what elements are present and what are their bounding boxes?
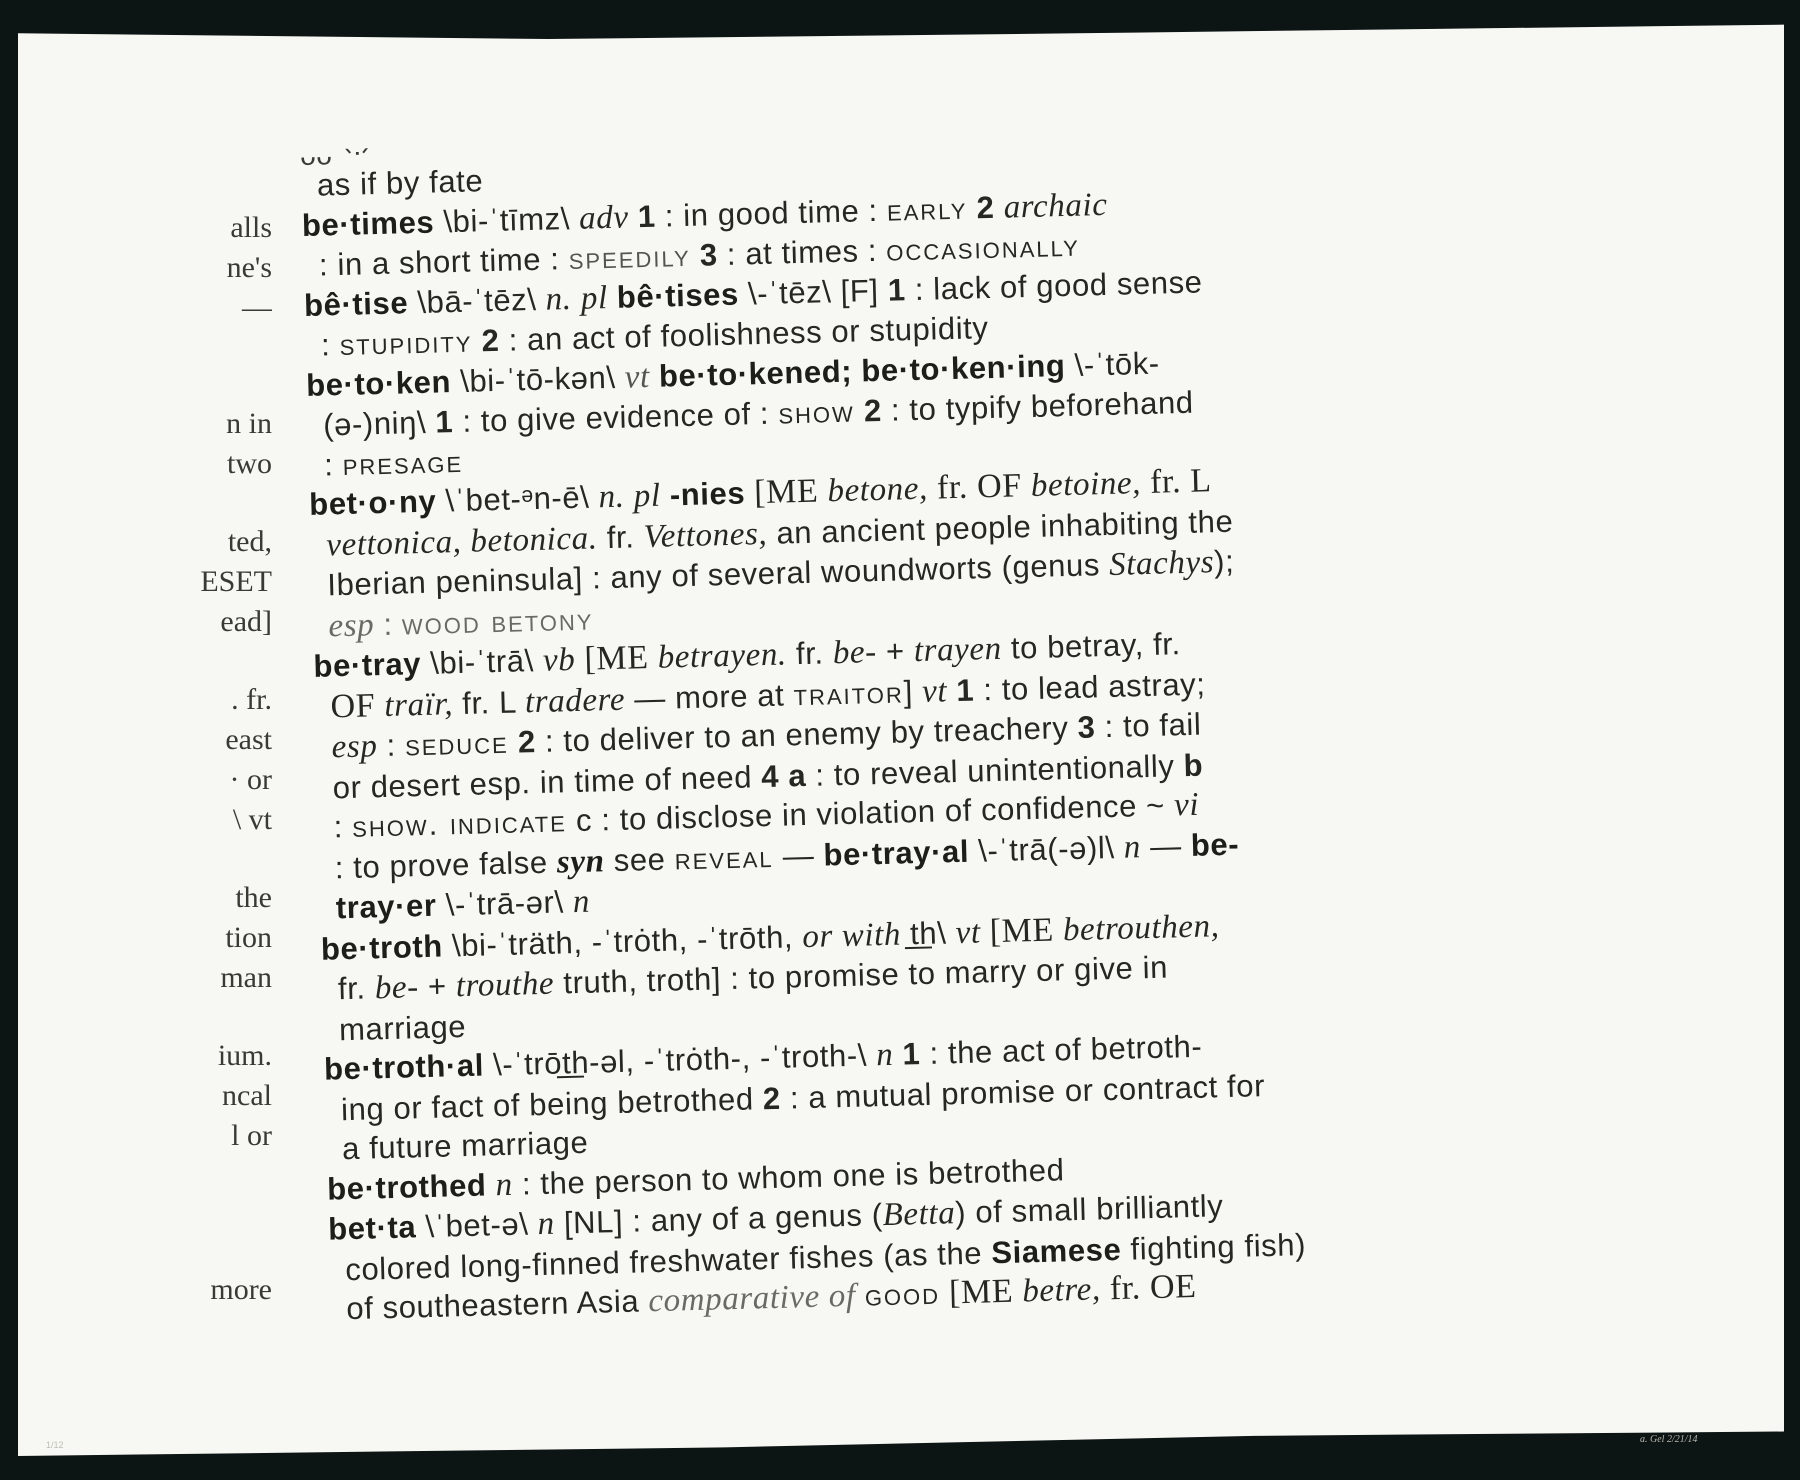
- margin-fragment: \ vt: [160, 800, 272, 840]
- entry-text: [ME: [980, 911, 1063, 950]
- entry-text: STUPIDITY: [339, 324, 473, 362]
- entry-text: TRAITOR: [793, 674, 904, 712]
- entry-text: be-: [832, 634, 877, 671]
- entry-text: 2: [976, 189, 995, 224]
- entry-text: n.: [545, 280, 572, 317]
- headword: be·troth·al: [324, 1048, 485, 1087]
- margin-fragment: more: [160, 1270, 272, 1310]
- entry-text: Stachys: [1109, 544, 1215, 583]
- entry-text: betoine,: [1030, 465, 1141, 504]
- entry-text: 2: [517, 724, 536, 759]
- entry-text: \bi-ˈtīmz\: [434, 200, 580, 239]
- entry-text: or with: [802, 916, 902, 955]
- entry-text: \-ˈtōk-: [1065, 345, 1160, 382]
- entry-text: t͟h\: [900, 915, 956, 951]
- entry-text: betrouthen,: [1062, 908, 1219, 948]
- entry-text: : to give evidence of :: [453, 396, 779, 440]
- entry-text: ) of small brilliantly: [955, 1188, 1224, 1230]
- entry-text: adv: [579, 199, 629, 236]
- entry-text: 1: [637, 198, 656, 233]
- entry-text: Betta: [882, 1195, 956, 1233]
- entry-text: fr.: [597, 519, 644, 555]
- entry-text: as if by fate: [316, 163, 483, 202]
- entry-text: 1: [887, 272, 906, 307]
- entry-text: EARLY: [886, 190, 967, 227]
- dictionary-print: ᴗᴗ ᐠᐧᐟas if by fatebe·times \bi-ˈtīmz\ a…: [300, 115, 1660, 1330]
- margin-fragment: [160, 642, 272, 680]
- entry-text: (ə-)niŋ\: [323, 405, 436, 443]
- entry-text: : to prove false: [334, 844, 557, 885]
- entry-text: vt: [922, 673, 948, 710]
- entry-text: \ˈbet-ᵊn-ē\: [436, 479, 599, 518]
- entry-text: [NL] : any of a genus (: [554, 1197, 883, 1241]
- entry-text: \bā-ˈtēz\: [408, 281, 546, 320]
- entry-text: ]: [903, 673, 922, 708]
- entry-text: esp: [328, 607, 375, 644]
- entry-text: vt: [624, 358, 650, 395]
- entry-text: to betray, fr.: [1001, 626, 1181, 666]
- margin-fragment: [160, 840, 272, 878]
- headword: bet·o·ny: [309, 484, 437, 522]
- entry-text: trayen: [913, 631, 1002, 669]
- entry-text: :: [321, 327, 340, 362]
- entry-text: 1: [902, 1036, 921, 1071]
- entry-text: ing or fact of being betrothed: [341, 1081, 764, 1127]
- entry-text: SHOW. INDICATE: [352, 803, 568, 844]
- entry-text: REVEAL: [674, 838, 774, 876]
- entry-text: Vettones,: [643, 515, 768, 554]
- entry-text: SHOW: [778, 394, 855, 431]
- entry-text: \bi-ˈtō-kən\: [451, 359, 626, 399]
- headword: bê·tise: [304, 285, 409, 323]
- margin-fragment: ead]: [160, 602, 272, 642]
- margin-fragment: east: [160, 720, 272, 760]
- margin-fragment: [160, 366, 272, 404]
- entry-text: tradere: [525, 681, 626, 720]
- headword: be·trothed: [327, 1167, 487, 1206]
- entry-text: \-ˈtēz\ [F]: [738, 272, 888, 311]
- entry-text: pl: [580, 280, 608, 317]
- entry-text: vb: [543, 642, 576, 679]
- headword: Siamese: [991, 1231, 1122, 1269]
- entry-text: —: [773, 837, 824, 873]
- entry-text: —: [1140, 827, 1191, 863]
- entry-text: archaic: [1003, 186, 1108, 225]
- margin-fragment: ne's: [160, 248, 272, 288]
- margin-fragment: [160, 328, 272, 366]
- margin-fragment: alls: [160, 208, 272, 248]
- headword: be·tray: [313, 646, 421, 684]
- margin-fragment: [160, 1194, 272, 1232]
- headword: be·to·ken·ing: [861, 348, 1066, 388]
- entry-text: — more at: [625, 677, 794, 716]
- entry-text: fr. L: [453, 684, 526, 721]
- entry-text: [ME: [575, 639, 658, 678]
- entry-text: 1: [435, 404, 454, 439]
- entry-text: SEDUCE: [405, 725, 510, 763]
- entry-text: comparative of: [648, 1278, 856, 1319]
- entry-text: :: [324, 446, 343, 481]
- entry-text: esp: [331, 728, 378, 765]
- margin-fragment: . fr.: [160, 680, 272, 720]
- entry-text: marriage: [339, 1008, 467, 1046]
- entry-text: +: [876, 633, 914, 669]
- entry-text: GOOD: [864, 1276, 940, 1313]
- margin-fragment: l or: [160, 1116, 272, 1156]
- entry-text: fr.: [338, 970, 376, 1006]
- headword: -nies: [669, 475, 745, 512]
- entry-text: n: [572, 884, 590, 920]
- entry-text: 3: [699, 237, 718, 272]
- margin-fragment: [160, 1156, 272, 1194]
- margin-fragment: the: [160, 878, 272, 918]
- entry-text: [ME: [745, 472, 828, 511]
- margin-fragment: man: [160, 958, 272, 998]
- margin-fragment: ium.: [160, 1036, 272, 1076]
- headword: be·troth: [320, 928, 443, 966]
- entry-text: fr. OE: [1100, 1268, 1197, 1307]
- headword: tray·er: [335, 888, 437, 926]
- margin-fragment: ESET: [160, 562, 272, 602]
- margin-fragment: n in: [160, 404, 272, 444]
- entry-text: +: [418, 968, 456, 1004]
- headword: be·to·kened;: [659, 353, 853, 393]
- entry-text: OF: [330, 686, 385, 724]
- entry-text: );: [1214, 544, 1235, 580]
- entry-text: n: [495, 1166, 513, 1202]
- entry-text: \ˈbet-ə\: [416, 1206, 538, 1244]
- entry-text: betrayen.: [657, 636, 787, 675]
- margin-fragment: ncal: [160, 1076, 272, 1116]
- entry-text: PRESAGE: [342, 443, 463, 481]
- entry-text: 4 a: [761, 757, 807, 793]
- entry-text: [ME: [940, 1272, 1023, 1311]
- entry-text: :: [333, 809, 352, 844]
- entry-text: : to typify beforehand: [881, 385, 1194, 428]
- margin-fragment: [160, 484, 272, 522]
- entry-text: OCCASIONALLY: [886, 228, 1080, 268]
- entry-text: see: [604, 841, 675, 878]
- headword: be·times: [302, 204, 435, 242]
- entry-text: of southeastern Asia: [346, 1283, 649, 1326]
- entry-text: n: [1123, 829, 1141, 865]
- headword: syn: [556, 843, 605, 880]
- margin-fragment: —: [160, 288, 272, 328]
- entry-text: a future marriage: [342, 1125, 589, 1166]
- entry-text: n: [537, 1206, 555, 1242]
- entry-text: betre,: [1022, 1271, 1101, 1309]
- entry-text: n: [876, 1037, 894, 1073]
- entry-text: fr. L: [1141, 462, 1213, 501]
- entry-text: 2: [481, 323, 500, 358]
- margin-fragment: two: [160, 444, 272, 484]
- entry-text: 2: [762, 1080, 781, 1115]
- margin-fragment: ted,: [160, 522, 272, 562]
- left-margin-fragments: allsne's—n intwoted,ESETead]. fr.east· o…: [160, 208, 272, 1310]
- entry-text: WOOD BETONY: [401, 601, 593, 641]
- entry-text: traïr,: [384, 686, 454, 724]
- entry-text: fr. OF: [927, 467, 1031, 507]
- entry-text: n.: [598, 479, 625, 516]
- artist-signature: a. Gel 2/21/14: [1640, 1434, 1698, 1445]
- headword: bê·tises: [616, 276, 739, 314]
- margin-fragment: · or: [160, 760, 272, 800]
- entry-text: \bi-ˈträth, -ˈtrȯth, -ˈtrōth,: [442, 919, 802, 963]
- entry-text: : to lead astray;: [974, 666, 1206, 707]
- headword: be-: [1190, 826, 1239, 862]
- entry-text: vi: [1174, 787, 1200, 824]
- entry-text: :: [374, 606, 403, 642]
- entry-text: b: [1183, 747, 1203, 782]
- entry-text: \-ˈtrā(-ə)l\: [969, 829, 1125, 868]
- entry-text: fr.: [786, 635, 833, 671]
- headword: bet·ta: [328, 1209, 417, 1246]
- entry-text: SPEEDILY: [568, 238, 691, 276]
- entry-text: \bi-ˈtrā\: [421, 643, 544, 681]
- entry-text: vt: [955, 914, 981, 951]
- entry-text: \-ˈtrā-ər\: [436, 884, 573, 923]
- headword: be·tray·al: [823, 833, 969, 872]
- entry-text: : in good time :: [655, 192, 887, 233]
- headword: be·to·ken: [306, 364, 452, 403]
- entry-text: : the act of betroth-: [920, 1029, 1203, 1071]
- entry-text: : in a short time :: [319, 241, 570, 283]
- entry-text: : at times :: [717, 233, 886, 272]
- entry-text: :: [377, 727, 406, 763]
- entry-text: 3: [1077, 709, 1096, 744]
- entry-text: : to fail: [1095, 707, 1202, 745]
- margin-fragment: tion: [160, 918, 272, 958]
- entry-text: vettonica, betonica.: [326, 520, 598, 563]
- entry-text: 2: [863, 393, 882, 428]
- entry-text: trouthe: [455, 966, 554, 1005]
- edition-number: 1/12: [46, 1440, 64, 1450]
- entry-text: pl: [633, 478, 661, 515]
- entry-text: fighting fish): [1121, 1227, 1307, 1267]
- margin-fragment: [160, 1232, 272, 1270]
- entry-text: : lack of good sense: [905, 264, 1203, 307]
- entry-text: be-: [374, 969, 419, 1006]
- entry-text: betone,: [827, 471, 928, 510]
- entry-text: \-ˈtrōt͟h-əl, -ˈtrȯth-, -ˈtroth-\: [483, 1037, 876, 1082]
- margin-fragment: [160, 998, 272, 1036]
- entry-text: 1: [956, 672, 975, 707]
